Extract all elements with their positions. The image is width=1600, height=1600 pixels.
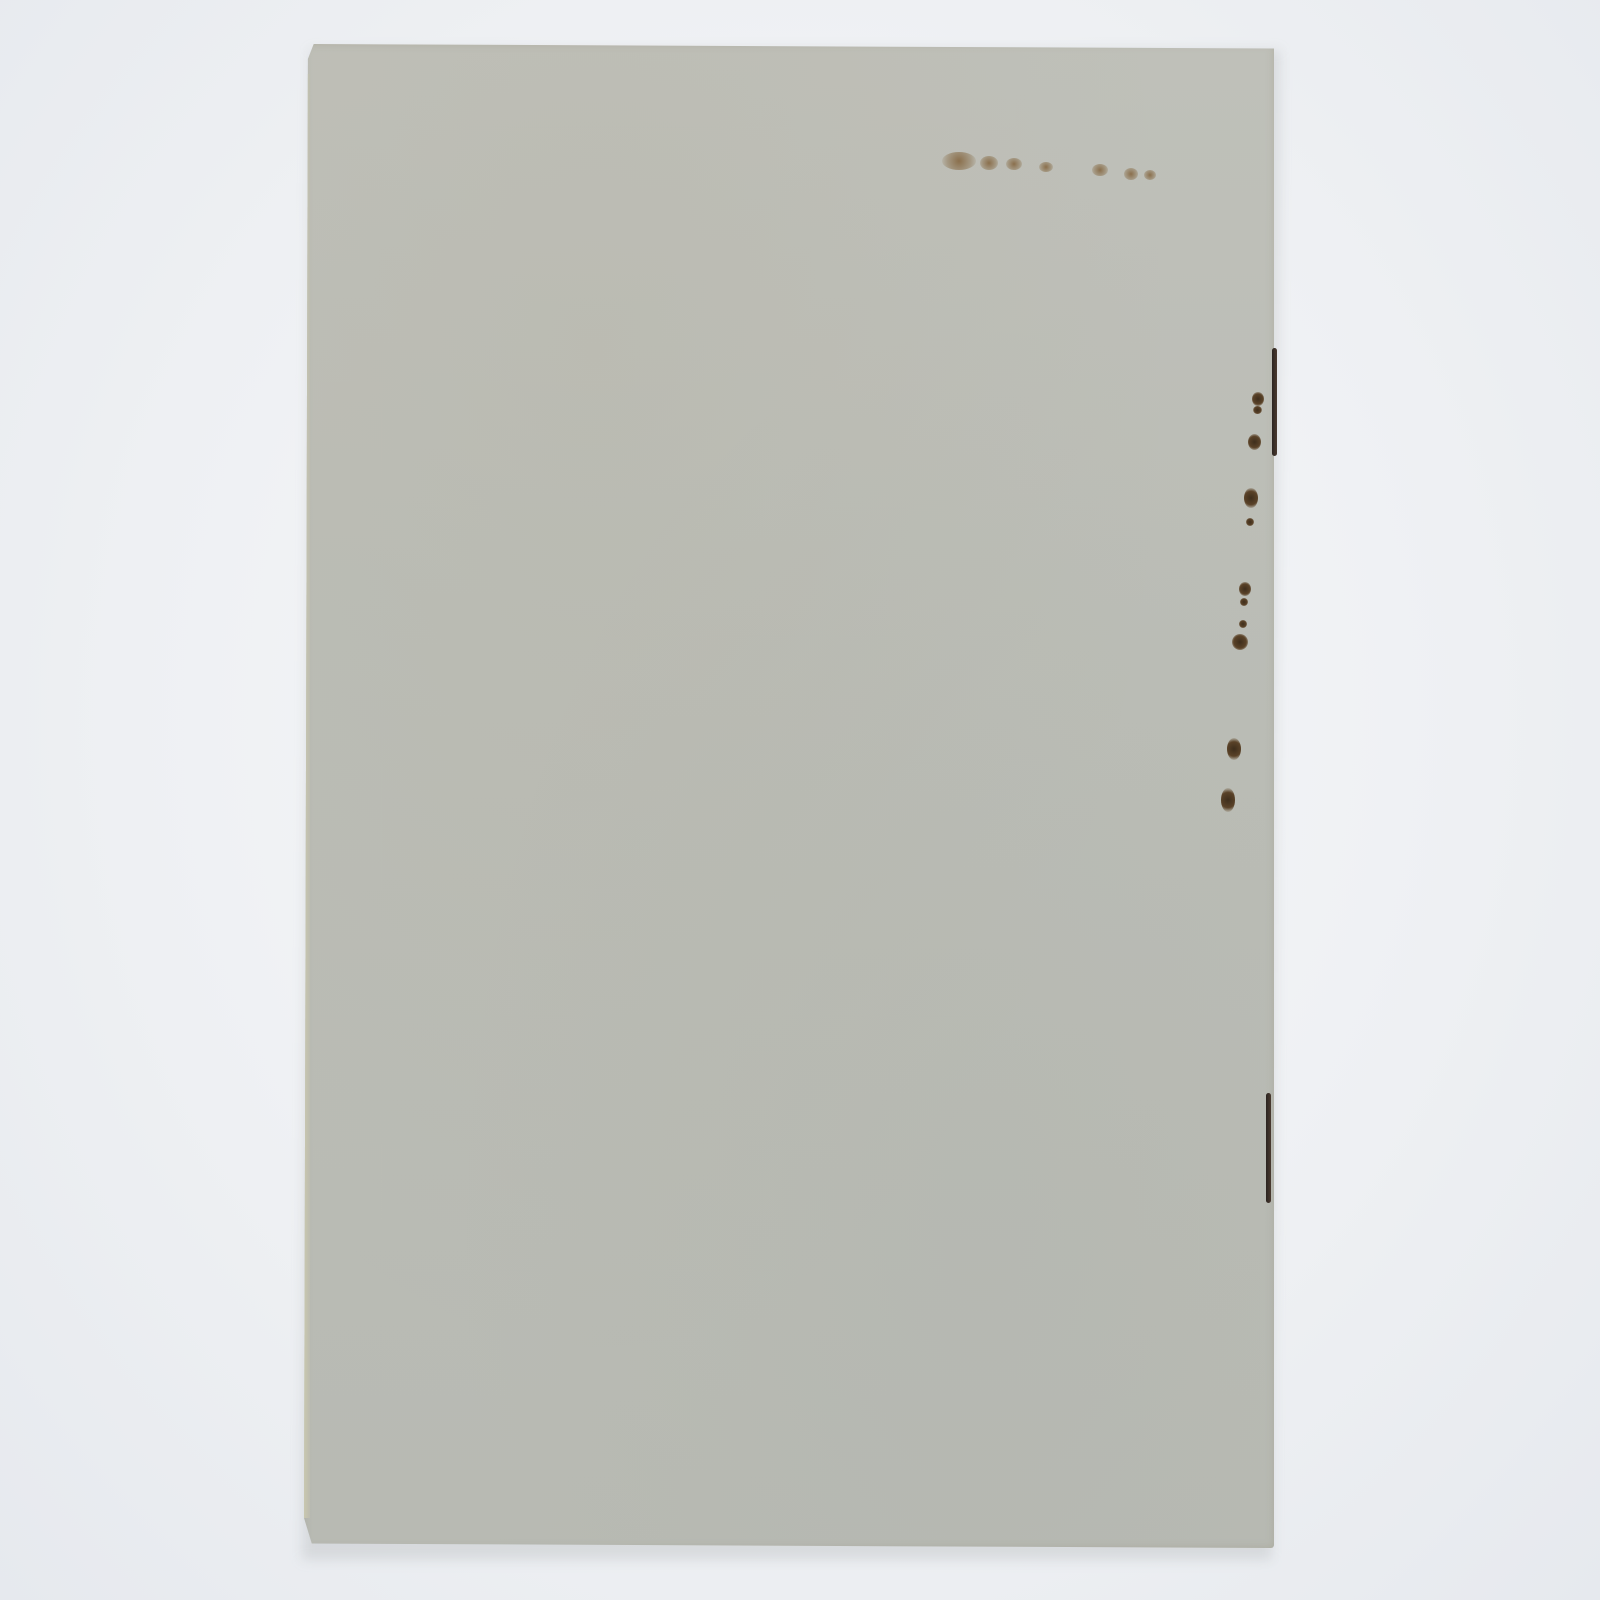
rust-stain <box>1232 634 1248 650</box>
rust-stain <box>1092 164 1108 176</box>
pamphlet-back-cover <box>304 44 1274 1548</box>
rust-stain <box>1248 434 1261 450</box>
rust-stain <box>1221 788 1235 812</box>
staple-bottom <box>1266 1093 1271 1203</box>
rust-stain <box>1239 582 1251 596</box>
rust-stain <box>1246 518 1254 526</box>
photo-scene <box>0 0 1600 1600</box>
rust-stain <box>980 156 998 170</box>
rust-stain <box>942 152 976 170</box>
worn-spine-edge <box>304 74 310 1518</box>
staple-top <box>1272 348 1277 456</box>
rust-stain <box>1240 598 1248 606</box>
rust-stain <box>1006 158 1022 170</box>
rust-stain <box>1252 392 1264 406</box>
rust-stain <box>1244 488 1258 508</box>
rust-stain <box>1039 162 1053 172</box>
rust-stain <box>1144 170 1156 180</box>
rust-stain <box>1239 620 1247 628</box>
rust-stain <box>1253 406 1262 414</box>
rust-stain <box>1227 738 1241 760</box>
rust-stain <box>1124 168 1138 180</box>
